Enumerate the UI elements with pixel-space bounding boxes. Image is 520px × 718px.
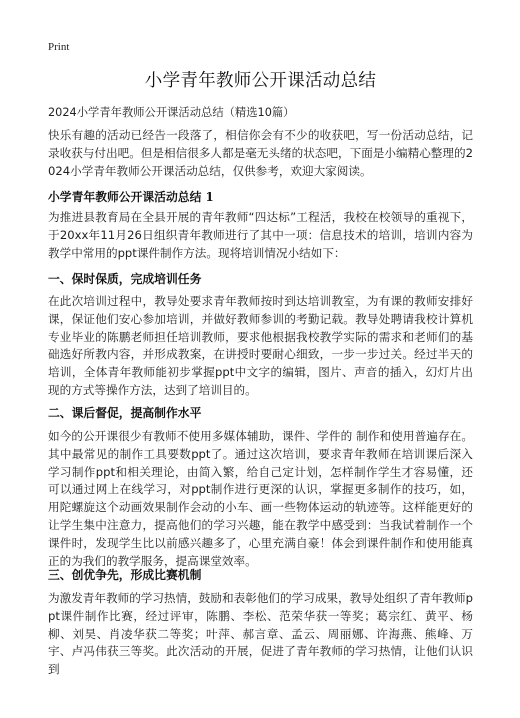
section-intro-paragraph: 为推进县教育局在全县开展的青年教师“四达标”工程活，我校在校领导的重视下，于20… <box>48 209 473 262</box>
subsection-heading-3: 三、创优争先，形成比赛机制 <box>48 566 201 583</box>
subsection-heading-2: 二、课后督促，提高制作水平 <box>48 404 201 421</box>
print-label[interactable]: Print <box>48 41 69 53</box>
document-subtitle: 2024小学青年教师公开课活动总结（精选10篇） <box>48 104 294 120</box>
page-title: 小学青年教师公开课活动总结 <box>48 67 473 92</box>
subsection-body-1: 在此次培训过程中，教导处要求青年教师按时到达培训教室，为有课的教师安排好课，保证… <box>48 293 473 400</box>
section-heading-1: 小学青年教师公开课活动总结 1 <box>48 188 214 205</box>
subsection-body-2: 如今的公开课很少有教师不使用多媒体辅助，课件、学件的 制作和使用普遍存在。其中最… <box>48 428 473 570</box>
subsection-heading-1: 一、保时保质，完成培训任务 <box>48 270 201 287</box>
subsection-body-3: 为激发青年教师的学习热情，鼓励和表彰他们的学习成果，教导处组织了青年教师ppt课… <box>48 590 473 679</box>
intro-paragraph: 快乐有趣的活动已经告一段落了，相信你会有不少的收获吧，写一份活动总结，记录收获与… <box>48 127 473 180</box>
